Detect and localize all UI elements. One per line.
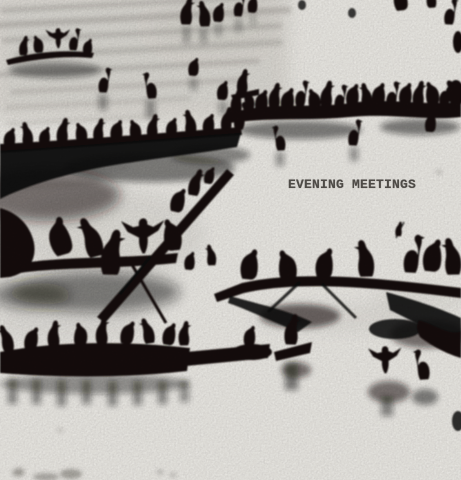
birds-photograph [0, 0, 461, 480]
artwork-title: EVENING MEETINGS [288, 178, 416, 191]
album-cover: EVENING MEETINGS [0, 0, 461, 480]
film-grain [0, 0, 461, 480]
